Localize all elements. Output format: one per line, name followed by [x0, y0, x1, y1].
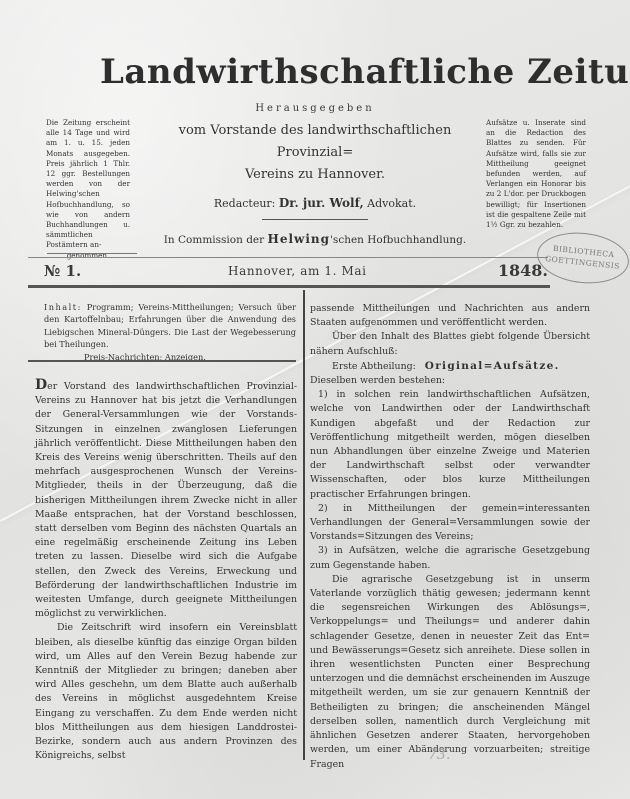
- left-paragraph-1-text: er Vorstand des landwirthschaftlichen Pr…: [35, 381, 297, 619]
- library-stamp: BIBLIOTHECA GOETTINGENSIS: [535, 228, 630, 287]
- section-title: Original=Aufsätze.: [425, 360, 560, 372]
- masthead-title: Landwirthschaftliche Zeitung.: [100, 52, 500, 92]
- issuer-line-2: Vereins zu Hannover.: [150, 164, 480, 186]
- left-paragraph-1: Der Vorstand des landwirthschaftlichen P…: [35, 378, 297, 621]
- issue-number: № 1.: [44, 262, 81, 280]
- section-label: Erste Abtheilung:: [332, 361, 416, 372]
- masthead-publisher-block: Herausgegeben vom Vorstande des landwirt…: [150, 103, 480, 246]
- dateline: № 1. Hannover, am 1. Mai 1848.: [28, 262, 548, 282]
- commission-pre: In Commission der: [164, 234, 264, 246]
- drop-cap: D: [35, 377, 47, 393]
- editor-title: Advokat.: [367, 197, 416, 210]
- contents-text: Programm; Vereins-Mittheilungen; Versuch…: [44, 302, 296, 349]
- dateline-top-rule: [28, 257, 548, 258]
- masthead-rule: [262, 219, 368, 220]
- notice-divider: [47, 253, 137, 254]
- list-item-2: 2) in Mittheilungen der gemein=interessa…: [310, 502, 590, 545]
- issue-year: 1848.: [498, 261, 548, 280]
- commission-post: 'schen Hofbuchhandlung.: [330, 234, 466, 246]
- section-heading: Erste Abtheilung: Original=Aufsätze.: [310, 359, 590, 374]
- right-paragraph-4: Die agrarische Gesetzgebung ist in unser…: [310, 573, 590, 772]
- column-divider: [303, 290, 305, 760]
- newspaper-page: Landwirthschaftliche Zeitung. Die Zeitun…: [0, 0, 630, 799]
- subscription-notice: Die Zeitung erscheint alle 14 Tage und w…: [46, 118, 130, 261]
- editor-name: Dr. jur. Wolf,: [279, 196, 364, 210]
- list-item-3: 3) in Aufsätzen, welche die agrarische G…: [310, 544, 590, 572]
- right-paragraph-3: Dieselben werden bestehen:: [310, 374, 590, 388]
- list-item-1: 1) in solchen rein landwirthschaftlichen…: [310, 388, 590, 502]
- editor-line: Redacteur: Dr. jur. Wolf, Advokat.: [150, 196, 480, 210]
- right-paragraph-2: Über den Inhalt des Blattes giebt folgen…: [310, 330, 590, 358]
- issuer-line-1: vom Vorstande des landwirthschaftlichen …: [150, 120, 480, 164]
- commission-line: In Commission der Helwing'schen Hofbuchh…: [150, 232, 480, 246]
- submission-notice: Aufsätze u. Inserate sind an die Redacti…: [486, 118, 586, 230]
- right-paragraph-1: passende Mittheilungen und Nachrichten a…: [310, 302, 590, 330]
- subscription-notice-text: Die Zeitung erscheint alle 14 Tage und w…: [46, 118, 130, 249]
- right-column: passende Mittheilungen und Nachrichten a…: [310, 302, 590, 772]
- table-of-contents: Inhalt: Programm; Vereins-Mittheilungen;…: [44, 301, 296, 363]
- left-column: Der Vorstand des landwirthschaftlichen P…: [35, 378, 297, 763]
- left-paragraph-2: Die Zeitschrift wird insofern ein Verein…: [35, 621, 297, 763]
- contents-rule: [28, 360, 296, 362]
- page-number: 73.: [428, 747, 450, 763]
- contents-label: Inhalt:: [44, 302, 82, 312]
- commission-publisher: Helwing: [268, 232, 331, 246]
- place-and-date: Hannover, am 1. Mai: [228, 264, 367, 278]
- published-by-label: Herausgegeben: [150, 103, 480, 114]
- editor-label: Redacteur:: [214, 197, 276, 210]
- dateline-bottom-rule: [28, 285, 550, 288]
